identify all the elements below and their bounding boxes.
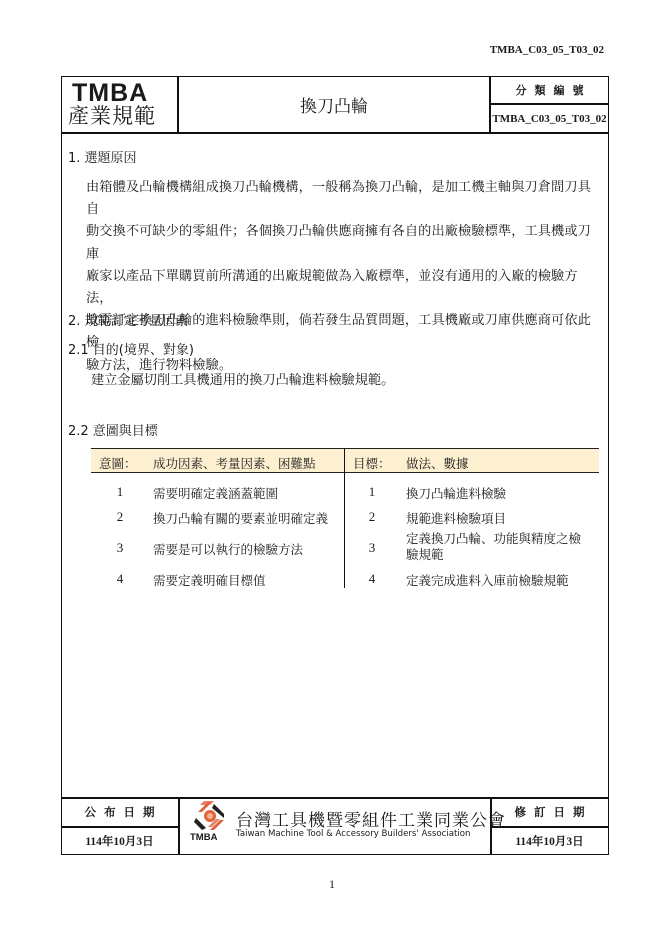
section-heading-2: 2. 規範訂定考量因素 [68, 310, 189, 329]
intent-description: 成功因素、考量因素、困難點 [153, 454, 316, 472]
intent-cell: 需要明確定義涵蓋範圍 [153, 484, 278, 502]
intent-cell: 換刀凸輪有關的要素並明確定義 [153, 509, 328, 527]
row-number: 3 [110, 540, 130, 556]
document-code: TMBA_C03_05_T03_02 [490, 44, 604, 56]
intent-cell: 需要定義明確目標值 [153, 571, 266, 589]
paragraph-line: 動交換不可缺少的零組件；各個換刀凸輪供應商擁有各自的出廠檢驗標準，工具機或刀庫 [86, 221, 604, 265]
goal-cell: 換刀凸輪進料檢驗 [406, 484, 506, 502]
section-heading-2-1: 2.1 目的(境界、對象) [68, 339, 194, 358]
paragraph-line: 廠家以產品下單購買前所溝通的出廠規範做為入廠標準，並沒有通用的入廠的檢驗方法， [86, 266, 604, 310]
classification-label: 分類編號 [490, 76, 609, 104]
paragraph-line: 由箱體及凸輪機構組成換刀凸輪機構，一般稱為換刀凸輪，是加工機主軸與刀倉間刀具自 [86, 177, 604, 221]
tmba-logo-text: TMBA [72, 80, 148, 106]
row-number: 2 [110, 509, 130, 525]
publish-date: 114年10月3日 [61, 827, 178, 855]
revision-date-label: 修訂日期 [490, 798, 609, 826]
section-heading-2-2: 2.2 意圖與目標 [68, 420, 158, 439]
page-number: 1 [329, 877, 335, 892]
publish-date-label: 公布日期 [61, 798, 178, 826]
goal-label: 目標： [353, 454, 391, 472]
section-2-1-text: 建立金屬切削工具機通用的換刀凸輪進料檢驗規範。 [91, 369, 394, 388]
goal-cell: 定義換刀凸輪、功能與精度之檢驗規範 [406, 531, 591, 563]
row-number: 3 [362, 540, 382, 556]
row-number: 4 [110, 571, 130, 587]
footer-divider [178, 797, 180, 855]
row-number: 2 [362, 509, 382, 525]
tmba-association-logo-icon [192, 800, 228, 832]
table-column-divider [344, 448, 345, 588]
document-title: 換刀凸輪 [178, 76, 490, 133]
intent-cell: 需要是可以執行的檢驗方法 [153, 540, 303, 558]
association-name-zh: 台灣工具機暨零組件工業同業公會 [236, 806, 506, 831]
section-heading-1: 1. 選題原因 [68, 147, 137, 166]
classification-code: TMBA_C03_05_T03_02 [490, 104, 609, 133]
row-number: 1 [362, 484, 382, 500]
association-logo-text: TMBA [190, 832, 217, 843]
goal-description: 做法、數據 [406, 454, 469, 472]
goal-cell: 規範進料檢驗項目 [406, 509, 506, 527]
intent-label: 意圖： [99, 454, 137, 472]
revision-date: 114年10月3日 [490, 827, 609, 855]
association-name-en: Taiwan Machine Tool & Accessory Builders… [236, 829, 470, 839]
logo-subtitle: 產業規範 [68, 104, 156, 128]
row-number: 4 [362, 571, 382, 587]
goal-cell: 定義完成進料入庫前檢驗規範 [406, 571, 569, 589]
row-number: 1 [110, 484, 130, 500]
